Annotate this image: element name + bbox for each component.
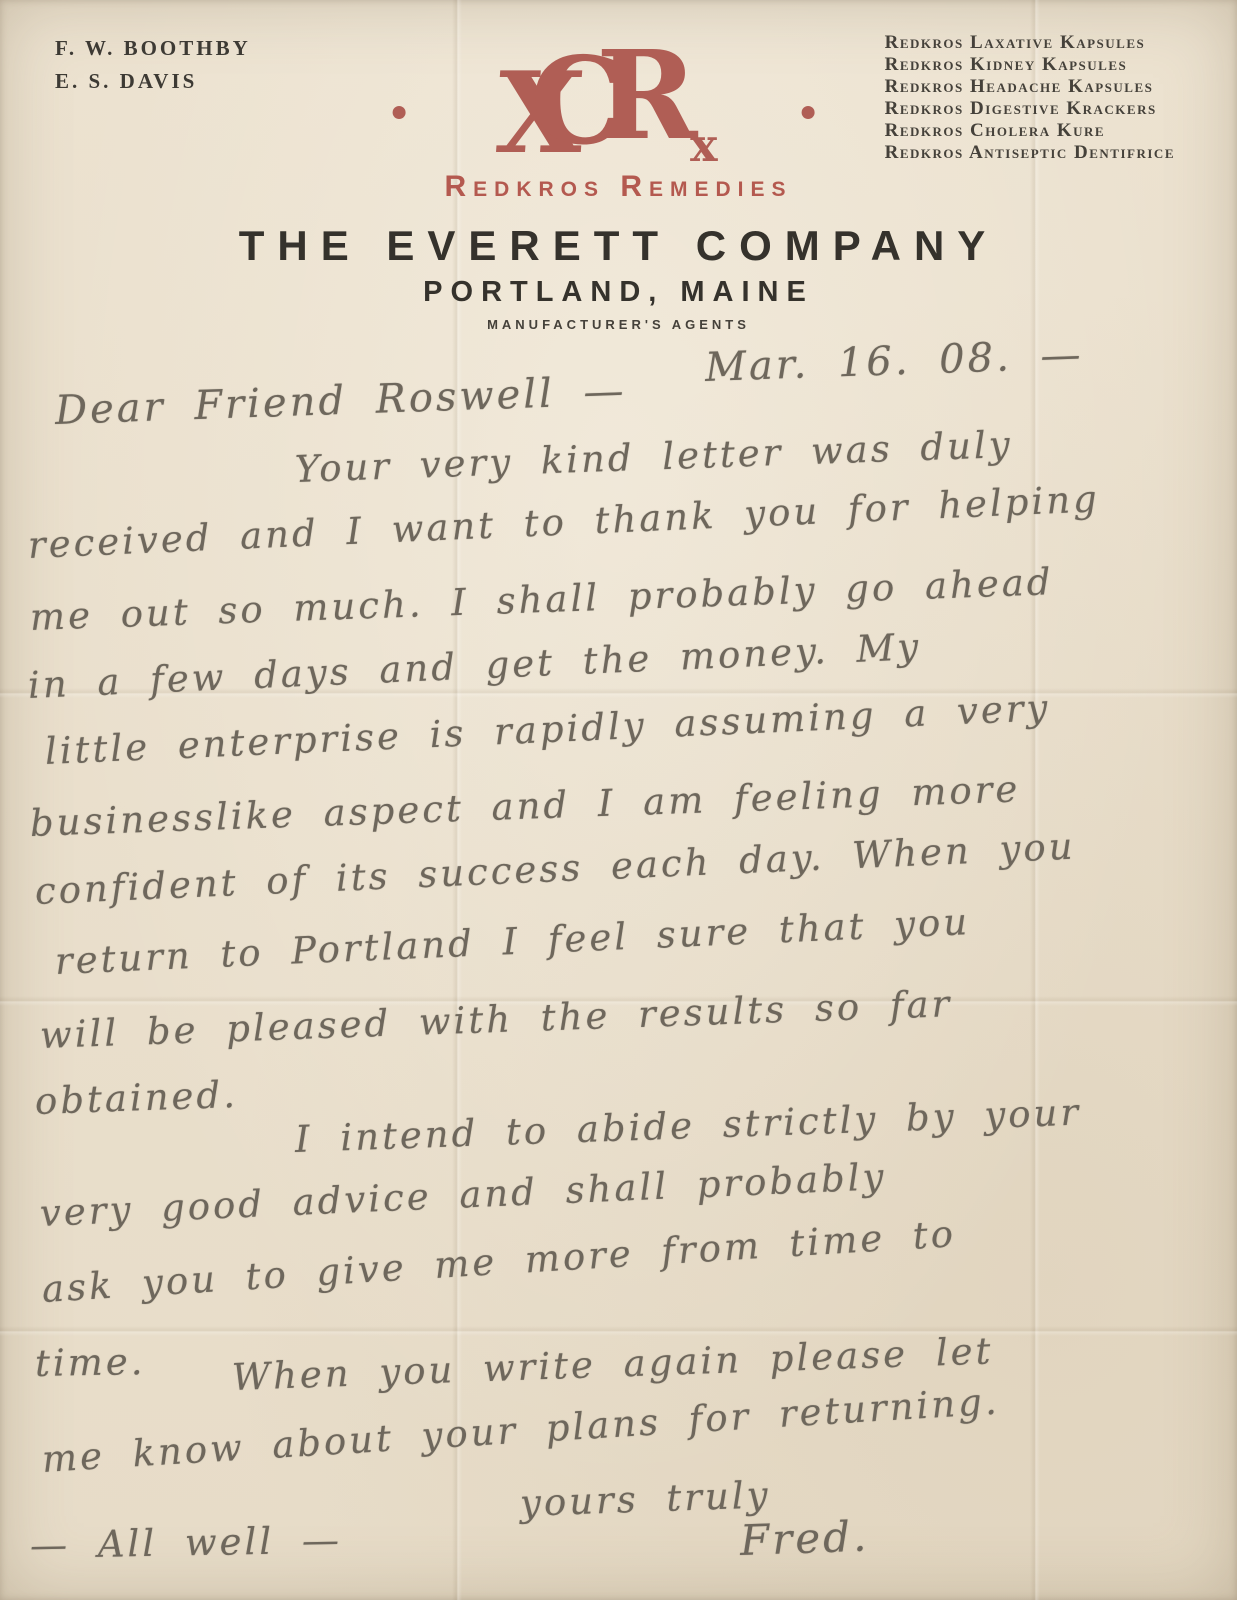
product-item: Redkros Cholera Kure xyxy=(885,120,1175,142)
agent-names: F. W. BOOTHBY E. S. DAVIS xyxy=(55,36,251,102)
logo-side-dot-icon xyxy=(392,106,405,119)
body-line: in a few days and get the money. My xyxy=(27,625,922,707)
body-line: I intend to abide strictly by your xyxy=(294,1091,1081,1161)
body-line: time. xyxy=(35,1340,146,1385)
letter-scan-page: F. W. BOOTHBY E. S. DAVIS Redkros Laxati… xyxy=(0,0,1237,1600)
handwritten-date: Mar. 16. 08. — xyxy=(704,332,1084,391)
fold-crease-horizontal xyxy=(0,1326,1237,1336)
product-item: Redkros Antiseptic Dentifrice xyxy=(885,142,1175,164)
company-location: PORTLAND, MAINE xyxy=(423,276,814,309)
body-line: me know about your plans for returning. xyxy=(41,1379,1001,1480)
postscript: — All well — xyxy=(30,1519,343,1567)
product-item: Redkros Digestive Krackers xyxy=(885,98,1175,120)
redkros-monogram-logo: X C R x xyxy=(478,40,738,180)
company-tagline: MANUFACTURER'S AGENTS xyxy=(487,317,750,332)
body-line: Your very kind letter was duly xyxy=(294,423,1013,491)
agent-name: F. W. BOOTHBY xyxy=(55,36,251,61)
company-name: THE EVERETT COMPANY xyxy=(239,222,999,270)
product-item: Redkros Laxative Kapsules xyxy=(885,32,1175,54)
body-line: will be pleased with the results so far xyxy=(39,982,953,1057)
product-item: Redkros Kidney Kapsules xyxy=(885,54,1175,76)
body-line: obtained. xyxy=(34,1073,238,1123)
body-line: return to Portland I feel sure that you xyxy=(54,900,971,983)
agent-name: E. S. DAVIS xyxy=(55,69,251,94)
product-list: Redkros Laxative Kapsules Redkros Kidney… xyxy=(885,32,1175,164)
fold-crease-vertical xyxy=(1030,0,1040,1600)
product-item: Redkros Headache Kapsules xyxy=(885,76,1175,98)
logo-side-dot-icon xyxy=(801,106,814,119)
monogram-subscript-x: x xyxy=(690,122,717,168)
monogram-letter-r: R xyxy=(596,34,697,156)
brand-name: Redkros Remedies xyxy=(444,170,792,204)
closing-phrase: yours truly xyxy=(519,1473,771,1525)
salutation: Dear Friend Roswell — xyxy=(54,368,627,434)
signature: Fred. xyxy=(739,1512,870,1565)
body-line: received and I want to thank you for hel… xyxy=(27,477,1100,567)
